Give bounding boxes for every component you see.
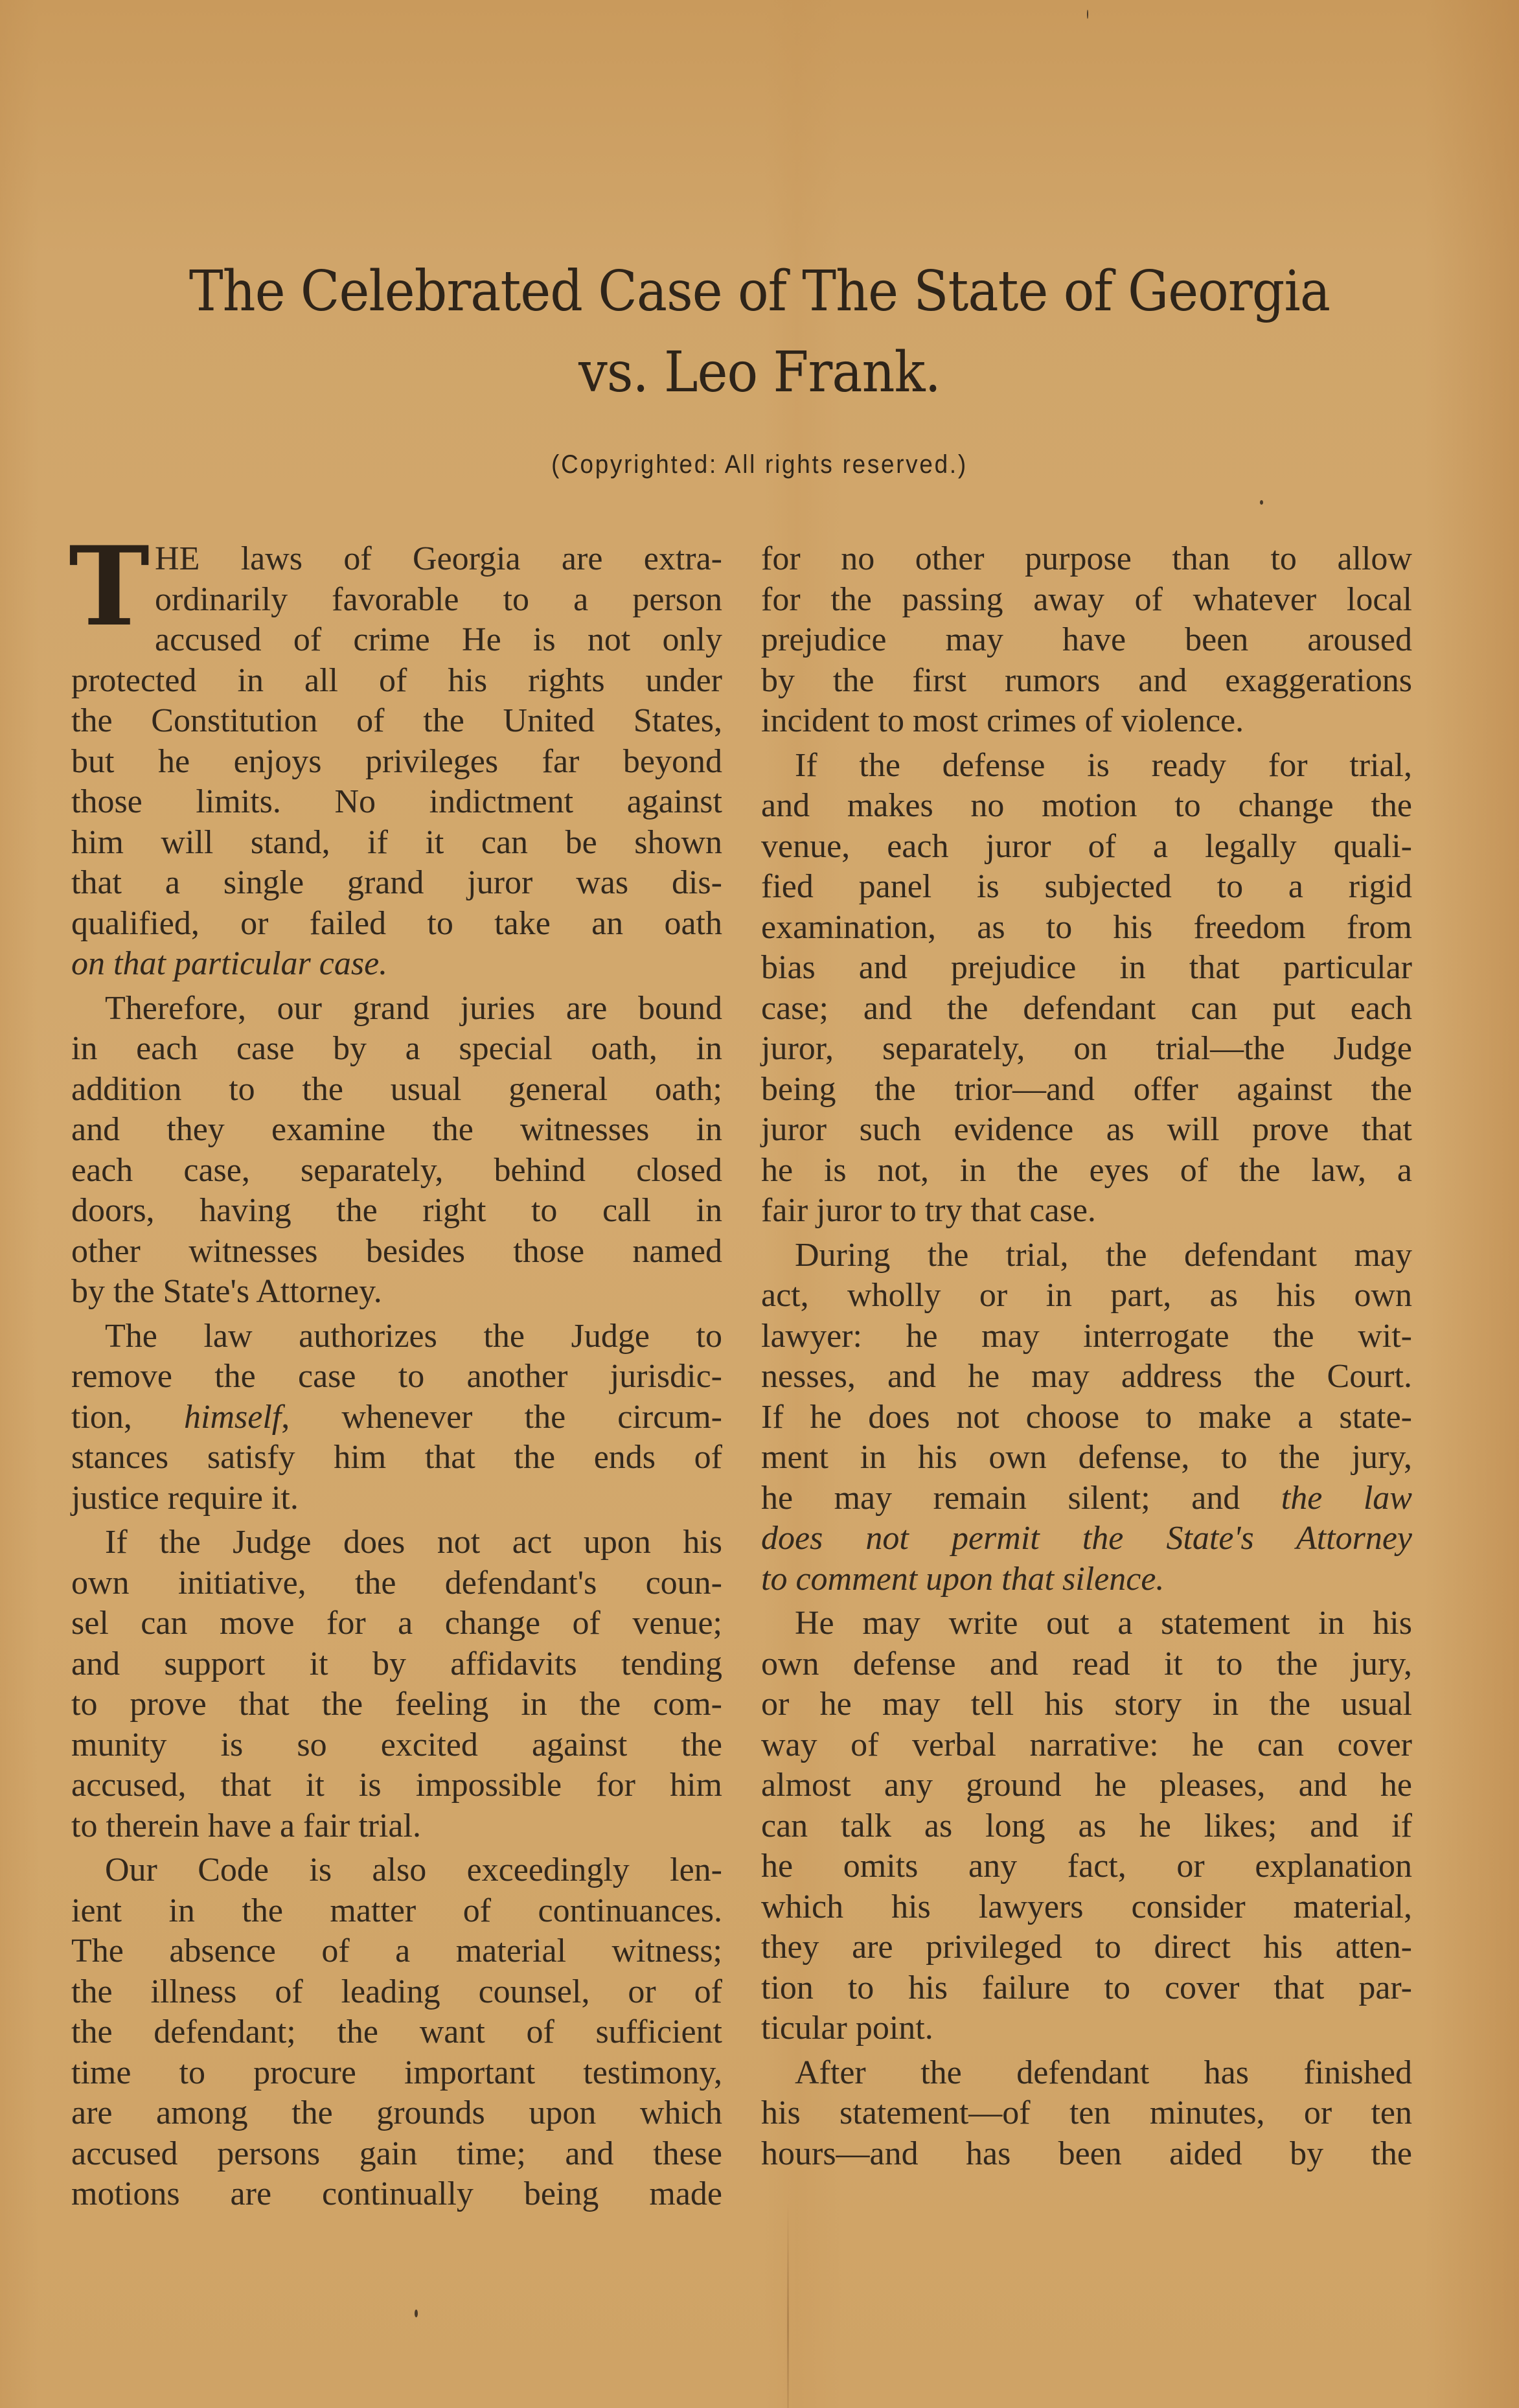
text-line: for no other purpose than to allow [761, 539, 1412, 580]
text-line: can talk as long as he likes; and if [761, 1806, 1412, 1847]
italic-text-line: does not permit the State's Attorney [761, 1519, 1412, 1559]
text-line: by the first rumors and exaggerations [761, 661, 1412, 702]
text-segment: tion, [71, 1399, 184, 1436]
text-line: being the trior—and offer against the [761, 1070, 1412, 1110]
text-line: hours—and has been aided by the [761, 2134, 1412, 2175]
text-line: or he may tell his story in the usual [761, 1684, 1412, 1725]
text-line: those limits. No indictment against [71, 782, 722, 823]
text-line: Our Code is also exceedingly len- [71, 1850, 722, 1891]
paragraph-intro: T HE laws of Georgia are extra- ordinari… [71, 539, 722, 985]
text-line: If he does not choose to make a state- [761, 1397, 1412, 1438]
text-line: doors, having the right to call in [71, 1191, 722, 1232]
text-line: ticular point. [761, 2008, 1412, 2049]
text-line: the defendant; the want of sufficient [71, 2012, 722, 2053]
text-line: The law authorizes the Judge to [71, 1316, 722, 1357]
article-title-line-1: The Celebrated Case of The State of Geor… [61, 256, 1458, 327]
text-line: almost any ground he pleases, and he [761, 1765, 1412, 1806]
italic-text-line: to comment upon that silence. [761, 1559, 1412, 1600]
text-line: in each case by a special oath, in [71, 1029, 722, 1070]
paragraph-change-of-venue: If the Judge does not act upon his own i… [71, 1522, 722, 1846]
text-line: the Constitution of the United States, [71, 701, 722, 742]
text-line: are among the grounds upon which [71, 2093, 722, 2134]
text-line: HE laws of Georgia are extra- [71, 539, 722, 580]
text-line: motions are continually being made [71, 2174, 722, 2215]
text-line: accused, that it is impossible for him [71, 1765, 722, 1806]
text-line: If the Judge does not act upon his [71, 1522, 722, 1563]
text-line: and they examine the witnesses in [71, 1110, 722, 1151]
paragraph-continuances-cont: for no other purpose than to allow for t… [761, 539, 1412, 742]
paper-speck [1260, 500, 1263, 505]
text-line: fied panel is subjected to a rigid [761, 867, 1412, 908]
text-line: remove the case to another jurisdic- [71, 1357, 722, 1397]
text-line: and makes no motion to change the [761, 786, 1412, 827]
text-line: which his lawyers consider material, [761, 1887, 1412, 1928]
text-line: juror, separately, on trial—the Judge [761, 1029, 1412, 1070]
text-line: During the trial, the defendant may [761, 1235, 1412, 1276]
paragraph-written-statement: He may write out a statement in his own … [761, 1603, 1412, 2049]
text-line: tion, himself, whenever the circum- [71, 1397, 722, 1438]
text-line: for the passing away of whatever local [761, 580, 1412, 621]
drop-cap: T [69, 544, 150, 628]
italic-segment: the law [1281, 1480, 1412, 1517]
text-line: munity is so excited against the [71, 1725, 722, 1766]
text-line: stances satisfy him that the ends of [71, 1438, 722, 1478]
text-line: other witnesses besides those named [71, 1232, 722, 1272]
text-line: venue, each juror of a legally quali- [761, 827, 1412, 867]
text-line: way of verbal narrative: he can cover [761, 1725, 1412, 1766]
text-line: they are privileged to direct his atten- [761, 1927, 1412, 1968]
text-line: qualified, or failed to take an oath [71, 904, 722, 945]
text-line: but he enjoys privileges far beyond [71, 742, 722, 783]
paper-speck [1087, 10, 1088, 19]
text-line: and support it by affidavits tending [71, 1644, 722, 1685]
text-line: addition to the usual general oath; [71, 1070, 722, 1110]
text-line: The absence of a material witness; [71, 1931, 722, 1972]
text-line: He may write out a statement in his [761, 1603, 1412, 1644]
text-line: tion to his failure to cover that par- [761, 1968, 1412, 2009]
text-segment: , whenever the circum- [281, 1399, 722, 1436]
text-line: fair juror to try that case. [761, 1191, 1412, 1232]
text-line: to prove that the feeling in the com- [71, 1684, 722, 1725]
text-line: accused of crime He is not only [71, 620, 722, 661]
paper-speck [415, 2310, 418, 2317]
text-line: him will stand, if it can be shown [71, 823, 722, 864]
paragraph-during-trial: During the trial, the defendant may act,… [761, 1235, 1412, 1600]
text-line: he omits any fact, or explanation [761, 1846, 1412, 1887]
paragraph-continuances: Our Code is also exceedingly len- ient i… [71, 1850, 722, 2215]
text-line: After the defendant has finished [761, 2053, 1412, 2094]
text-line: accused persons gain time; and these [71, 2134, 722, 2175]
text-line: justice require it. [71, 1478, 722, 1519]
text-line: time to procure important testimony, [71, 2053, 722, 2094]
paragraph-after-statement: After the defendant has finished his sta… [761, 2053, 1412, 2175]
text-segment: he may remain silent; and [761, 1480, 1281, 1517]
italic-text-line: on that particular case. [71, 944, 722, 985]
text-line: incident to most crimes of violence. [761, 701, 1412, 742]
paragraph-judge-authority: The law authorizes the Judge to remove t… [71, 1316, 722, 1519]
text-line: ient in the matter of continuances. [71, 1891, 722, 1932]
text-line: own defense and read it to the jury, [761, 1644, 1412, 1685]
text-line: bias and prejudice in that particular [761, 948, 1412, 989]
article-title-line-2: vs. Leo Frank. [61, 337, 1458, 408]
left-column: T HE laws of Georgia are extra- ordinari… [71, 539, 722, 2215]
italic-segment: himself [184, 1399, 281, 1436]
text-line: own initiative, the defendant's coun- [71, 1563, 722, 1604]
paragraph-jury-examination: If the defense is ready for trial, and m… [761, 746, 1412, 1232]
text-line: each case, separately, behind closed [71, 1151, 722, 1191]
text-line: his statement—of ten minutes, or ten [761, 2093, 1412, 2134]
page-crease [787, 2203, 789, 2408]
text-line: to therein have a fair trial. [71, 1806, 722, 1847]
text-line: examination, as to his freedom from [761, 908, 1412, 948]
text-line: juror such evidence as will prove that [761, 1110, 1412, 1151]
text-line: by the State's Attorney. [71, 1272, 722, 1313]
text-line: case; and the defendant can put each [761, 989, 1412, 1029]
text-line: that a single grand juror was dis- [71, 863, 722, 904]
text-line: Therefore, our grand juries are bound [71, 989, 722, 1029]
text-line: ment in his own defense, to the jury, [761, 1438, 1412, 1478]
paragraph-grand-juries: Therefore, our grand juries are bound in… [71, 989, 722, 1313]
text-line: If the defense is ready for trial, [761, 746, 1412, 786]
copyright-notice: (Copyrighted: All rights reserved.) [61, 450, 1458, 479]
text-line: ordinarily favorable to a person [71, 580, 722, 621]
text-line: he may remain silent; and the law [761, 1478, 1412, 1519]
scanned-page: The Celebrated Case of The State of Geor… [0, 0, 1519, 2408]
right-column: for no other purpose than to allow for t… [761, 539, 1412, 2174]
text-line: lawyer: he may interrogate the wit- [761, 1316, 1412, 1357]
text-line: he is not, in the eyes of the law, a [761, 1151, 1412, 1191]
text-line: protected in all of his rights under [71, 661, 722, 702]
text-line: sel can move for a change of venue; [71, 1603, 722, 1644]
text-line: act, wholly or in part, as his own [761, 1276, 1412, 1316]
text-line: the illness of leading counsel, or of [71, 1972, 722, 2013]
text-line: nesses, and he may address the Court. [761, 1357, 1412, 1397]
text-line: prejudice may have been aroused [761, 620, 1412, 661]
